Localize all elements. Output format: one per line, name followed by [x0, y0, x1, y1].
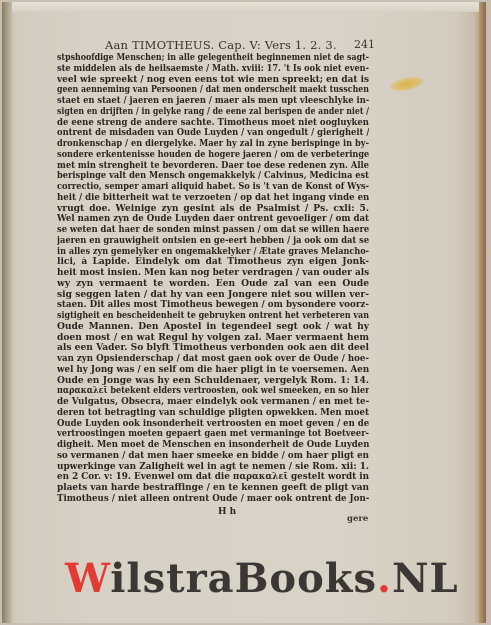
text-line: digheit. Men moet de Menschen en insonde…: [57, 440, 369, 451]
text-line: berispinge valt den Mensch ongemakkelyk …: [57, 171, 369, 182]
text-line: in alles zyn gemelyker en ongemakkelyker…: [57, 247, 369, 258]
text-line: ste middelen als de heilsaemste / Math. …: [57, 64, 369, 75]
text-line: so vermanen / dat men haer smeeke en bid…: [57, 451, 369, 462]
text-line: se weten dat haer de sonden minst passen…: [57, 225, 369, 236]
page-right-edge: [479, 2, 486, 623]
text-line: Oude Luyden ook insonderheit vertroosten…: [57, 419, 369, 430]
text-line: sigten en drijften / in gelyke rang / de…: [57, 107, 369, 118]
text-line: lici, à Lapide. Eindelyk om dat Timotheu…: [57, 257, 369, 268]
text-line: deren tot betragting van schuldige pligt…: [57, 408, 369, 419]
text-line: wel hy Jong was / en self om die haer pl…: [57, 365, 369, 376]
text-line: heit most insien. Men kan nog beter verd…: [57, 268, 369, 279]
text-line: sig seggen laten / dat hy van een Jonger…: [57, 290, 369, 301]
text-line: met min strengheit te bevorderen. Daer t…: [57, 161, 369, 172]
body-text: stpshoofdige Menschen; in alle gelegenth…: [57, 53, 369, 505]
text-line: de eene streng de andere sachte. Timothe…: [57, 118, 369, 129]
watermark-suffix: NL: [392, 555, 459, 602]
text-line: staen. Dit alles most Timotheus bewegen …: [57, 300, 369, 311]
text-line: wy zyn vermaent te worden. Een Oude zal …: [57, 279, 369, 290]
text-line: ontrent de misdaden van Oude Luyden / va…: [57, 128, 369, 139]
text-line: vertroostingen moeten gepaert gaen met v…: [57, 429, 369, 440]
text-line: van zyn Opsienderschap / dat most gaen o…: [57, 354, 369, 365]
foxing-stain: [389, 75, 425, 94]
text-line: geen aenneming van Persoonen / dat men o…: [57, 85, 369, 96]
text-line: doen most / en wat Regul hy volgen zal. …: [57, 333, 369, 344]
text-line: en 2 Cor. v: 19. Evenwel om dat die παρα…: [57, 472, 369, 483]
text-line: Timotheus / niet alleen ontrent Oude / m…: [57, 494, 369, 505]
text-line: jaeren en grauwigheit ontsien en ge-eert…: [57, 236, 369, 247]
watermark-logo: WilstraBooks.NL: [65, 558, 459, 600]
text-line: Wel namen zyn de Oude Luyden daer ontren…: [57, 214, 369, 225]
signature-mark: H h: [218, 507, 236, 517]
spine-shadow: [2, 2, 12, 623]
text-line: correctio, semper amari aliquid habet. S…: [57, 182, 369, 193]
text-line: παρακαλεῖ betekent elders vertroosten, o…: [57, 386, 369, 397]
text-line: sigtigheit en bescheidenheit te gebruyke…: [57, 311, 369, 322]
text-line: als een Vader. So blyft Timotheus verbon…: [57, 343, 369, 354]
running-title: Aan TIMOTHEUS. Cap. V: Vers 1. 2. 3.: [105, 38, 337, 52]
text-line: staet en staet / jaeren en jaeren / maer…: [57, 96, 369, 107]
watermark-initial: W: [65, 555, 110, 602]
running-header: Aan TIMOTHEUS. Cap. V: Vers 1. 2. 3. 241: [105, 38, 375, 54]
text-line: veel wie spreekt / nog even eens tot wie…: [57, 75, 369, 86]
text-line: dronkenschap / en diergelyke. Maer hy za…: [57, 139, 369, 150]
page-number: 241: [354, 38, 375, 51]
watermark-dot: .: [377, 555, 392, 602]
text-line: sondere erkentenisse houden de hogere ja…: [57, 150, 369, 161]
text-line: upwerkinge van Zaligheit wel in agt te n…: [57, 462, 369, 473]
text-line: de Vulgatus, Obsecra, maer eindelyk ook …: [57, 397, 369, 408]
text-line: Oude en Jonge was hy een Schuldenaer, ve…: [57, 376, 369, 387]
catchword: gere: [347, 514, 368, 524]
text-line: plaets van harde bestraffinge / en te ke…: [57, 483, 369, 494]
text-line: heit / die bitterheit wat te verzoeten /…: [57, 193, 369, 204]
page-top-edge: [2, 2, 484, 12]
text-line: Oude Mannen. Den Apostel in tegendeel se…: [57, 322, 369, 333]
text-line: stpshoofdige Menschen; in alle gelegenth…: [57, 53, 369, 64]
watermark-name: ilstraBooks: [110, 555, 377, 602]
text-line: vrugt doe. Weinige zyn gesint als de Psa…: [57, 204, 369, 215]
